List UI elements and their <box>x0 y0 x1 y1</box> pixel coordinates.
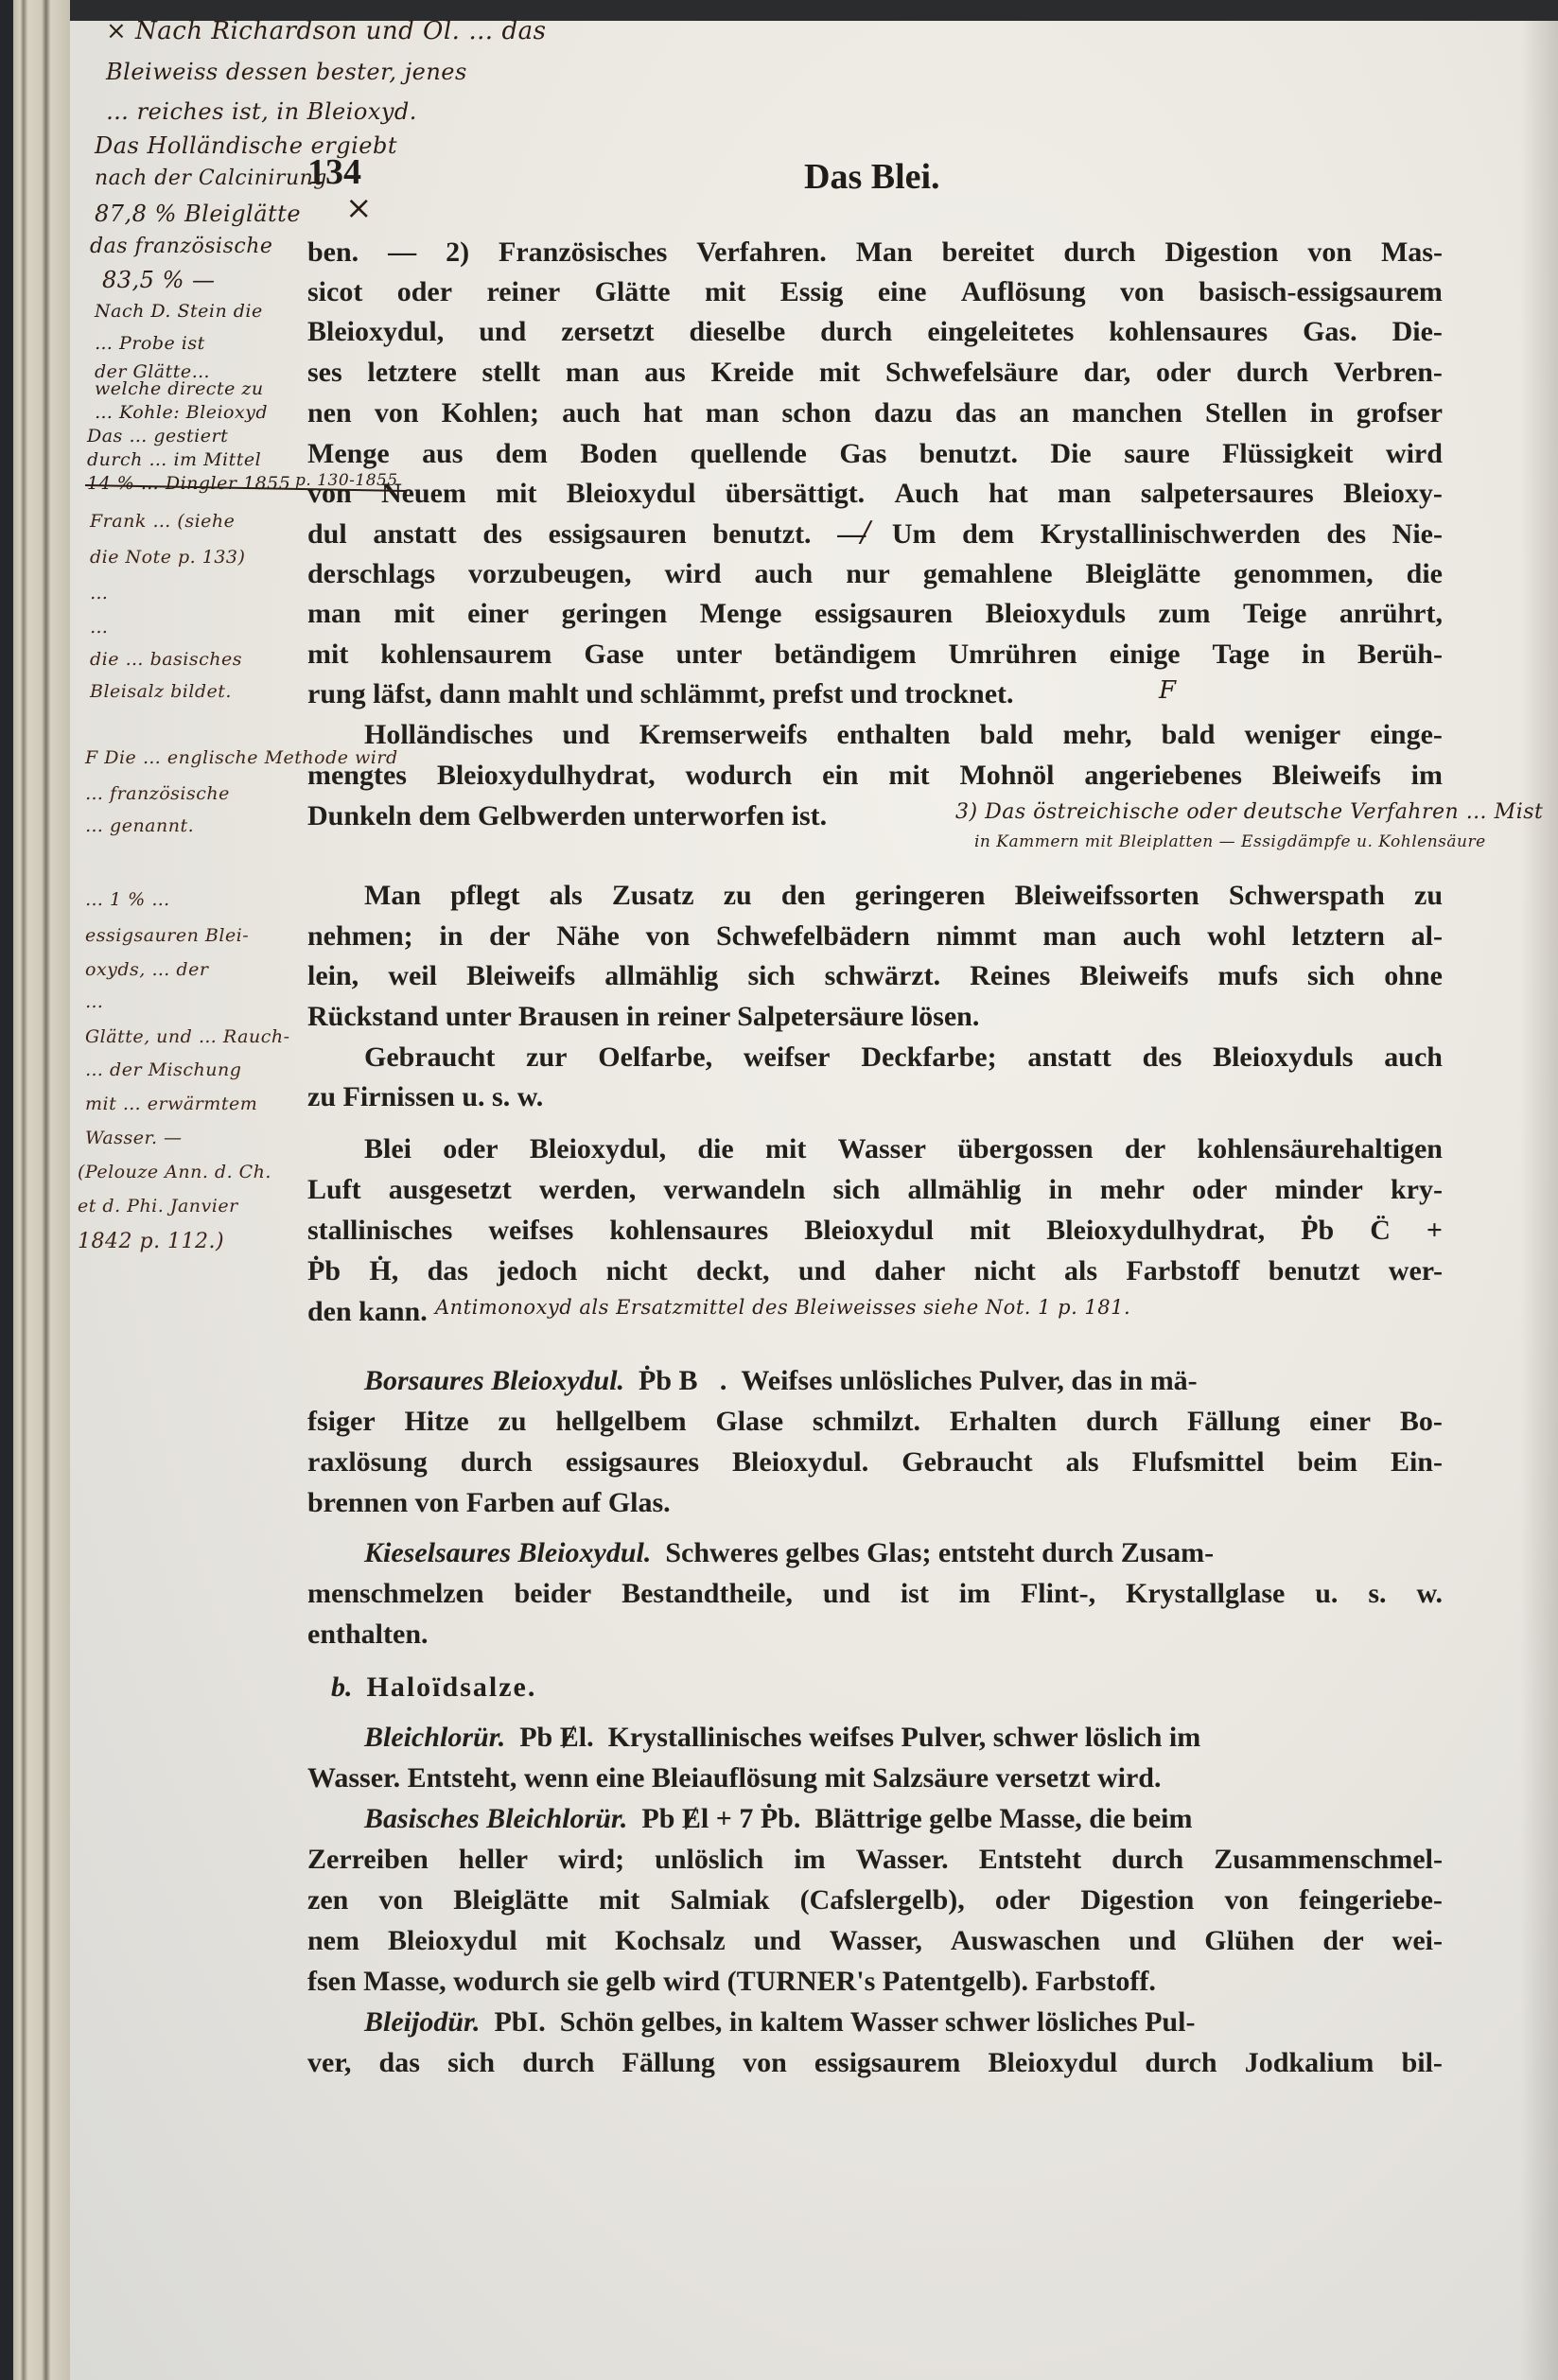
handwritten-note: mit … erwärmtem <box>85 1094 257 1114</box>
handwritten-note: 14 % … Dingler 1855 <box>87 473 290 494</box>
body-line: nehmen;inderNähevonSchwefelbädernnimmtma… <box>307 920 1443 953</box>
author-name: TURNER <box>737 1966 857 1998</box>
entry-kieselsaures-heading: Kieselsaures Bleioxydul. Schweres gelbes… <box>364 1537 1443 1569</box>
handwritten-inline-note: 3) Das östreichische oder deutsche Verfa… <box>955 800 1543 824</box>
body-line: Luftausgesetztwerden,verwandelnsichallmä… <box>307 1174 1443 1206</box>
chemical-formula: PbI. <box>495 2006 546 2039</box>
handwritten-note: welche directe zu <box>95 378 264 399</box>
body-line: ṖbḢ,dasjedochnichtdeckt,unddahernichtals… <box>307 1255 1443 1287</box>
body-line: rung läfst, dann mahlt und schlämmt, pre… <box>307 678 1443 710</box>
book-binding <box>0 0 13 2380</box>
handwritten-reference: p. 130-1855 <box>295 471 398 490</box>
body-line: nemBleioxydulmitKochsalzundWasser,Auswas… <box>307 1925 1443 1957</box>
entry-term: Bleijodür. <box>364 2006 481 2039</box>
cross-mark-icon: × <box>345 189 373 227</box>
handwritten-note: Bleiweiss dessen bester, jenes <box>106 59 467 85</box>
body-line: mengtesBleioxydulhydrat,wodurcheinmitMoh… <box>307 760 1443 792</box>
handwritten-note: … Kohle: Bleioxyd <box>95 402 268 423</box>
handwritten-note: Glätte, und … Rauch- <box>85 1026 290 1047</box>
section-heading: b. Haloïdsalze. <box>331 1671 1409 1704</box>
body-line: Bleioxydul,undzersetztdieselbedurcheinge… <box>307 316 1443 348</box>
section-title: Haloïdsalze. <box>367 1671 537 1704</box>
section-letter: b. <box>331 1671 353 1704</box>
body-line: raxlösungdurchessigsauresBleioxydul.Gebr… <box>307 1446 1443 1479</box>
entry-bleijodur-heading: Bleijodür. PbI. Schön gelbes, in kaltem … <box>364 2006 1443 2039</box>
handwritten-note: Frank … (siehe <box>90 511 235 532</box>
body-line: fsen Masse, wodurch sie gelb wird (TURNE… <box>307 1966 1443 1998</box>
page-gutter-shadow <box>1520 21 1558 2380</box>
handwritten-note: Das … gestiert <box>87 426 228 446</box>
handwritten-note: (Pelouze Ann. d. Ch. <box>78 1162 271 1182</box>
handwritten-note: das französische <box>90 235 272 258</box>
body-line: lein,weilBleiweifsallmähligsichschwärzt.… <box>307 960 1443 992</box>
body-line: Zerreibenhellerwird;unlöslichimWasser.En… <box>307 1844 1443 1876</box>
handwritten-note: Wasser. — <box>85 1128 183 1148</box>
body-line: brennen von Farben auf Glas. <box>307 1487 1443 1519</box>
handwritten-note: essigsauren Blei- <box>85 925 249 946</box>
caret-mark-icon: / <box>861 516 871 549</box>
chemical-formula: Pb Ɇl + 7 Ṗb. <box>641 1803 800 1835</box>
body-line: Rückstand unter Brausen in reiner Salpet… <box>307 1001 1443 1033</box>
body-line: menschmelzenbeiderBestandtheile,undistim… <box>307 1578 1443 1610</box>
body-line: manmiteinergeringenMengeessigsaurenBleio… <box>307 598 1443 630</box>
body-line: mitkohlensauremGaseunterbetändigemUmrühr… <box>307 639 1443 671</box>
entry-term: Bleichlorür. <box>364 1722 505 1754</box>
handwritten-note: … <box>85 991 104 1012</box>
handwritten-note: × Nach Richardson und Ol. … das <box>106 17 546 45</box>
body-line: sicotoderreinerGlättemitEssigeineAuflösu… <box>307 276 1443 308</box>
handwritten-inline-note: Antimonoxyd als Ersatzmittel des Bleiwei… <box>435 1296 1130 1319</box>
entry-bleichlorur-heading: Bleichlorür. Pb Ɇl. Krystallinisches wei… <box>364 1722 1443 1754</box>
handwritten-note: F Die … englische Methode wird <box>85 747 398 768</box>
body-line: zu Firnissen u. s. w. <box>307 1081 1443 1113</box>
body-line: HolländischesundKremserweifsenthaltenbal… <box>364 719 1443 751</box>
body-line: ben.—2)FranzösischesVerfahren.Manbereite… <box>307 236 1443 269</box>
body-line: dulanstattdesessigsaurenbenutzt.—UmdemKr… <box>307 518 1443 551</box>
handwritten-inline-note: in Kammern mit Bleiplatten — Essigdämpfe… <box>974 832 1486 851</box>
handwritten-note: 87,8 % Bleiglätte <box>95 201 301 227</box>
body-line: vonNeuemmitBleioxydulübersättigt.Auchhat… <box>307 478 1443 510</box>
handwritten-note: Bleisalz bildet. <box>90 681 232 702</box>
running-title: Das Blei. <box>804 156 940 198</box>
body-line: zenvonBleiglättemitSalmiak(Cafslergelb),… <box>307 1884 1443 1916</box>
body-line: ManpflegtalsZusatzzudengeringerenBleiwei… <box>364 880 1443 912</box>
body-line: ver,dassichdurchFällungvonessigsauremBle… <box>307 2047 1443 2079</box>
body-line: MengeausdemBodenquellendeGasbenutzt.Dies… <box>307 438 1443 470</box>
handwritten-note: … <box>90 617 109 638</box>
handwritten-note: … 1 % … <box>85 889 170 910</box>
entry-term: Basisches Bleichlorür. <box>364 1803 627 1835</box>
body-line: BleioderBleioxydul,diemitWasserübergosse… <box>364 1133 1443 1165</box>
handwritten-note: die Note p. 133) <box>90 547 245 568</box>
body-line: stallinischesweifseskohlensauresBleioxyd… <box>307 1215 1443 1247</box>
page-stack-edges <box>13 0 70 2380</box>
handwritten-note: durch … im Mittel <box>87 449 261 470</box>
handwritten-note: nach der Calcinirung <box>95 166 327 190</box>
handwritten-note: die … basisches <box>90 649 242 670</box>
handwritten-note: … genannt. <box>85 815 194 836</box>
body-line: fsigerHitzezuhellgelbemGlaseschmilzt.Erh… <box>307 1406 1443 1438</box>
entry-term: Kieselsaures Bleioxydul. <box>364 1537 651 1569</box>
handwritten-note: … Probe ist <box>95 333 205 354</box>
handwritten-note: … der Mischung <box>85 1059 241 1080</box>
handwritten-note: … <box>90 583 109 604</box>
handwritten-note: 83,5 % — <box>102 267 216 293</box>
handwritten-note: … reiches ist, in Bleioxyd. <box>106 98 417 125</box>
handwritten-note: … französische <box>85 783 230 804</box>
entry-borsaures-heading: Borsaures Bleioxydul. Ṗb B⃛. Weifses unl… <box>364 1365 1443 1397</box>
handwritten-note: Nach D. Stein die <box>95 301 263 322</box>
entry-term: Borsaures Bleioxydul. <box>364 1365 624 1397</box>
chemical-formula: Pb Ɇl. <box>519 1722 593 1754</box>
chemical-formula: Ṗb B⃛. <box>639 1365 726 1397</box>
footnote-mark-icon: F <box>1159 676 1177 705</box>
body-line: GebrauchtzurOelfarbe,weifserDeckfarbe;an… <box>364 1041 1443 1074</box>
body-line: sesletzterestelltmanausKreidemitSchwefel… <box>307 357 1443 389</box>
entry-basisches-heading: Basisches Bleichlorür. Pb Ɇl + 7 Ṗb. Blä… <box>364 1803 1443 1835</box>
body-line: nenvonKohlen;auchhatmanschondazudasanman… <box>307 397 1443 429</box>
handwritten-note: oxyds, … der <box>85 959 208 980</box>
handwritten-note: 1842 p. 112.) <box>78 1230 224 1253</box>
handwritten-note: et d. Phi. Janvier <box>78 1196 238 1216</box>
body-line: Wasser. Entsteht, wenn eine Bleiauflösun… <box>307 1762 1443 1794</box>
body-line: enthalten. <box>307 1619 1443 1651</box>
body-line: derschlagsvorzubeugen,wirdauchnurgemahle… <box>307 558 1443 590</box>
handwritten-note: Das Holländische ergiebt <box>95 132 397 159</box>
